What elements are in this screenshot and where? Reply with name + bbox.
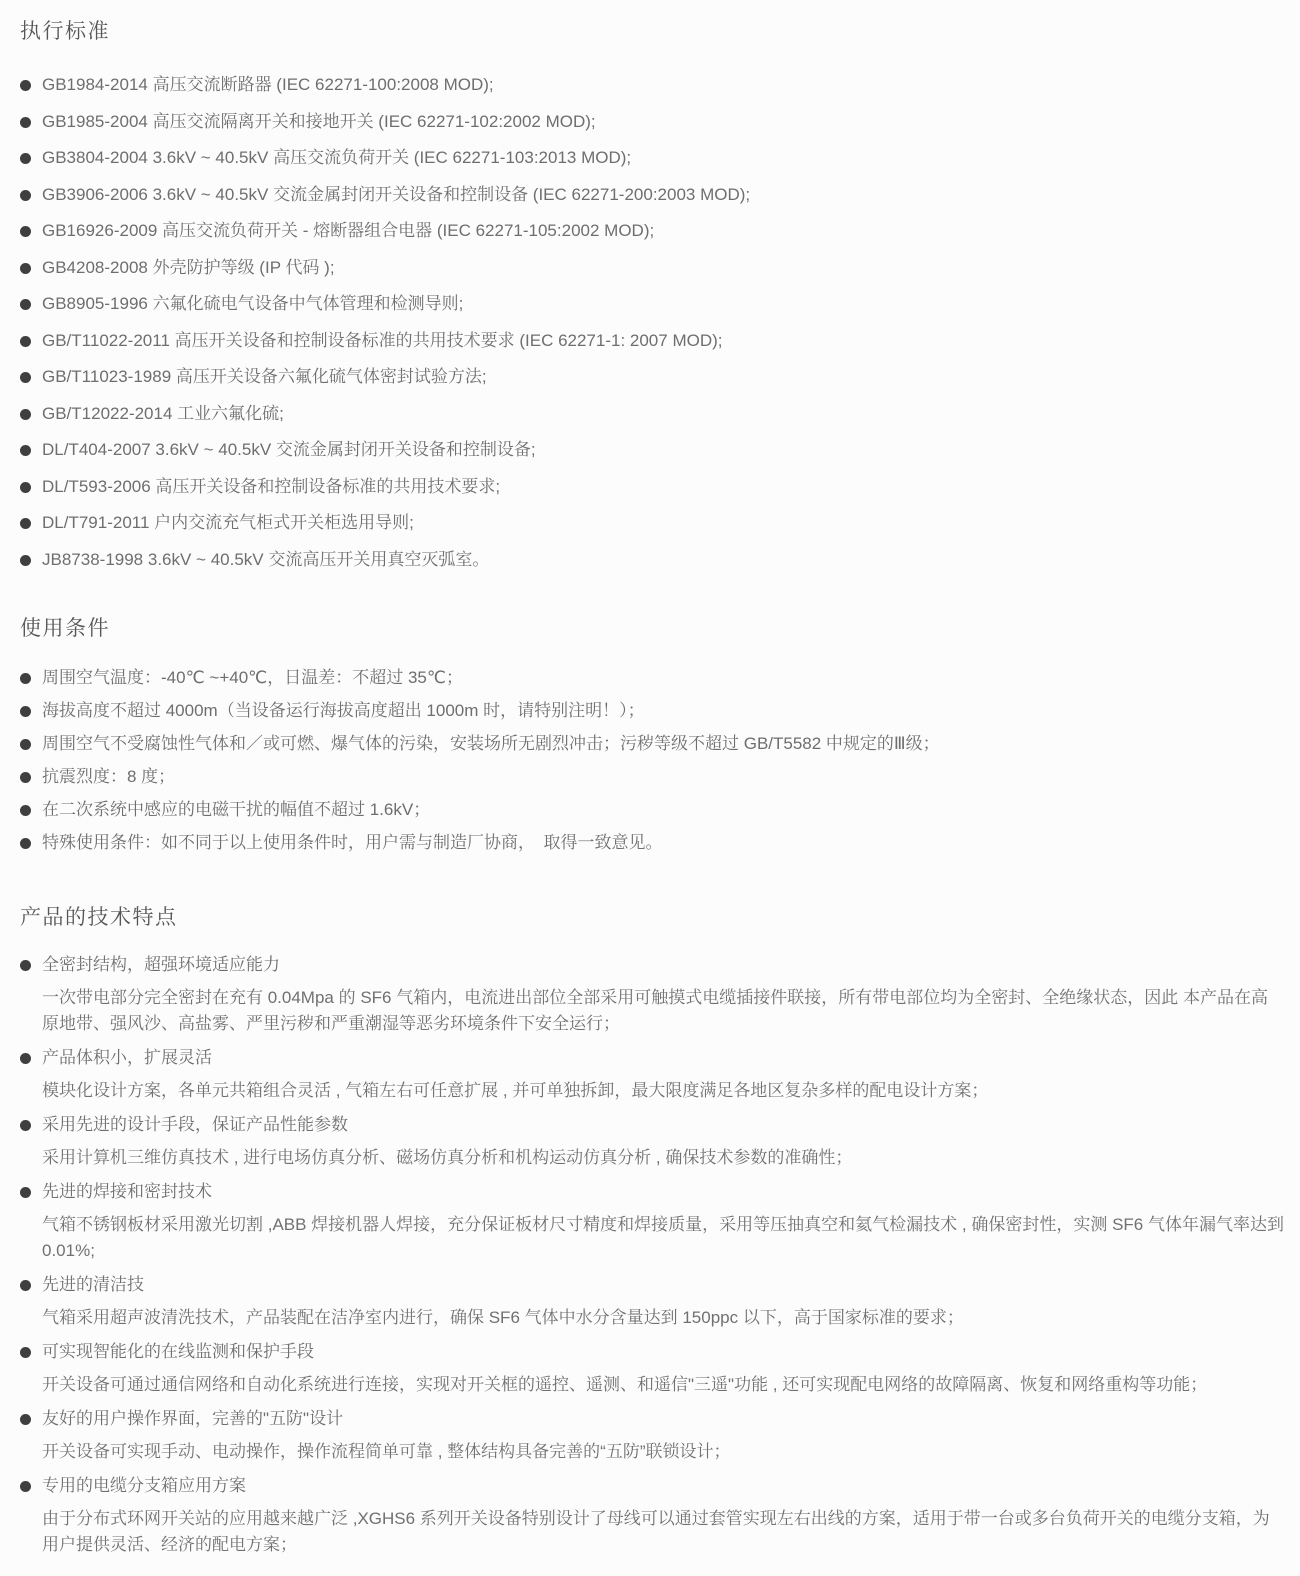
- feature-body: 开关设备可实现手动、电动操作，操作流程简单可靠 , 整体结构具备完善的“五防”联…: [42, 1439, 1284, 1465]
- feature-item: 专用的电缆分支箱应用方案 由于分布式环网开关站的应用越来越广泛 ,XGHS6 系…: [20, 1475, 1284, 1558]
- standards-heading: 执行标准: [20, 20, 1284, 44]
- bullet-icon: [20, 706, 31, 717]
- feature-body: 采用计算机三维仿真技术 , 进行电场仿真分析、磁场仿真分析和机构运动仿真分析 ,…: [42, 1145, 1284, 1171]
- bullet-icon: [20, 960, 31, 971]
- bullet-icon: [20, 1280, 31, 1291]
- standard-text: GB1984-2014 高压交流断路器 (IEC 62271-100:2008 …: [42, 74, 494, 96]
- condition-text: 抗震烈度：8 度；: [42, 766, 175, 788]
- bullet-icon: [20, 190, 31, 201]
- bullet-icon: [20, 518, 31, 529]
- standard-text: JB8738-1998 3.6kV ~ 40.5kV 交流高压开关用真空灭弧室。: [42, 549, 489, 571]
- feature-title: 专用的电缆分支箱应用方案: [20, 1475, 1284, 1497]
- bullet-icon: [20, 299, 31, 310]
- standard-text: GB/T12022-2014 工业六氟化硫;: [42, 403, 284, 425]
- bullet-icon: [20, 1481, 31, 1492]
- bullet-icon: [20, 482, 31, 493]
- bullet-icon: [20, 805, 31, 816]
- bullet-icon: [20, 772, 31, 783]
- feature-body: 一次带电部分完全密封在充有 0.04Mpa 的 SF6 气箱内，电流进出部位全部…: [42, 985, 1284, 1037]
- standard-text: GB8905-1996 六氟化硫电气设备中气体管理和检测导则;: [42, 293, 463, 315]
- standard-text: GB16926-2009 高压交流负荷开关 - 熔断器组合电器 (IEC 622…: [42, 220, 654, 242]
- bullet-icon: [20, 409, 31, 420]
- bullet-icon: [20, 80, 31, 91]
- bullet-icon: [20, 1187, 31, 1198]
- feature-item: 先进的清洁技 气箱采用超声波清洗技术，产品装配在洁净室内进行，确保 SF6 气体…: [20, 1274, 1284, 1331]
- bullet-icon: [20, 838, 31, 849]
- feature-title-text: 友好的用户操作界面，完善的"五防"设计: [42, 1408, 343, 1430]
- condition-text: 特殊使用条件：如不同于以上使用条件时，用户需与制造厂协商， 取得一致意见。: [42, 832, 663, 854]
- standard-item: GB4208-2008 外壳防护等级 (IP 代码 );: [20, 257, 1284, 279]
- bullet-icon: [20, 1414, 31, 1425]
- features-heading: 产品的技术特点: [20, 906, 1284, 930]
- standard-text: GB/T11022-2011 高压开关设备和控制设备标准的共用技术要求 (IEC…: [42, 330, 723, 352]
- bullet-icon: [20, 555, 31, 566]
- bullet-icon: [20, 739, 31, 750]
- feature-title: 可实现智能化的在线监测和保护手段: [20, 1341, 1284, 1363]
- condition-item: 周围空气不受腐蚀性气体和／或可燃、爆气体的污染，安装场所无剧烈冲击；污秽等级不超…: [20, 733, 1284, 755]
- standard-text: GB1985-2004 高压交流隔离开关和接地开关 (IEC 62271-102…: [42, 111, 596, 133]
- condition-text: 在二次系统中感应的电磁干扰的幅值不超过 1.6kV；: [42, 799, 430, 821]
- feature-title-text: 采用先进的设计手段，保证产品性能参数: [42, 1114, 348, 1136]
- bullet-icon: [20, 263, 31, 274]
- feature-item: 产品体积小，扩展灵活 模块化设计方案，各单元共箱组合灵活 , 气箱左右可任意扩展…: [20, 1047, 1284, 1104]
- condition-item: 抗震烈度：8 度；: [20, 766, 1284, 788]
- standard-text: DL/T791-2011 户内交流充气柜式开关柜选用导则;: [42, 512, 414, 534]
- conditions-list: 周围空气温度：-40℃ ~+40℃，日温差：不超过 35℃； 海拔高度不超过 4…: [20, 667, 1284, 854]
- standard-item: JB8738-1998 3.6kV ~ 40.5kV 交流高压开关用真空灭弧室。: [20, 549, 1284, 571]
- section-conditions: 使用条件 周围空气温度：-40℃ ~+40℃，日温差：不超过 35℃； 海拔高度…: [20, 617, 1284, 854]
- feature-title: 先进的清洁技: [20, 1274, 1284, 1296]
- bullet-icon: [20, 117, 31, 128]
- feature-body: 开关设备可通过通信网络和自动化系统进行连接，实现对开关框的遥控、遥测、和遥信"三…: [42, 1372, 1284, 1398]
- condition-text: 周围空气不受腐蚀性气体和／或可燃、爆气体的污染，安装场所无剧烈冲击；污秽等级不超…: [42, 733, 940, 755]
- bullet-icon: [20, 372, 31, 383]
- document-page: 执行标准 GB1984-2014 高压交流断路器 (IEC 62271-100:…: [0, 0, 1300, 1558]
- feature-item: 友好的用户操作界面，完善的"五防"设计 开关设备可实现手动、电动操作，操作流程简…: [20, 1408, 1284, 1465]
- bullet-icon: [20, 1120, 31, 1131]
- feature-item: 全密封结构，超强环境适应能力 一次带电部分完全密封在充有 0.04Mpa 的 S…: [20, 954, 1284, 1037]
- feature-item: 先进的焊接和密封技术 气箱不锈钢板材采用激光切割 ,ABB 焊接机器人焊接，充分…: [20, 1181, 1284, 1264]
- condition-item: 周围空气温度：-40℃ ~+40℃，日温差：不超过 35℃；: [20, 667, 1284, 689]
- feature-title-text: 全密封结构，超强环境适应能力: [42, 954, 280, 976]
- feature-body: 气箱不锈钢板材采用激光切割 ,ABB 焊接机器人焊接，充分保证板材尺寸精度和焊接…: [42, 1212, 1284, 1264]
- condition-item: 海拔高度不超过 4000m（当设备运行海拔高度超出 1000m 时，请特别注明！…: [20, 700, 1284, 722]
- bullet-icon: [20, 226, 31, 237]
- standard-text: DL/T404-2007 3.6kV ~ 40.5kV 交流金属封闭开关设备和控…: [42, 439, 536, 461]
- feature-body: 模块化设计方案，各单元共箱组合灵活 , 气箱左右可任意扩展 , 并可单独拆卸，最…: [42, 1078, 1284, 1104]
- standard-text: GB/T11023-1989 高压开关设备六氟化硫气体密封试验方法;: [42, 366, 487, 388]
- feature-title-text: 先进的焊接和密封技术: [42, 1181, 212, 1203]
- feature-body: 由于分布式环网开关站的应用越来越广泛 ,XGHS6 系列开关设备特别设计了母线可…: [42, 1506, 1284, 1558]
- bullet-icon: [20, 1053, 31, 1064]
- section-features: 产品的技术特点 全密封结构，超强环境适应能力 一次带电部分完全密封在充有 0.0…: [20, 906, 1284, 1558]
- standard-text: GB4208-2008 外壳防护等级 (IP 代码 );: [42, 257, 335, 279]
- condition-item: 在二次系统中感应的电磁干扰的幅值不超过 1.6kV；: [20, 799, 1284, 821]
- standard-item: GB/T12022-2014 工业六氟化硫;: [20, 403, 1284, 425]
- bullet-icon: [20, 336, 31, 347]
- standards-list: GB1984-2014 高压交流断路器 (IEC 62271-100:2008 …: [20, 74, 1284, 571]
- feature-item: 可实现智能化的在线监测和保护手段 开关设备可通过通信网络和自动化系统进行连接，实…: [20, 1341, 1284, 1398]
- standard-item: DL/T593-2006 高压开关设备和控制设备标准的共用技术要求;: [20, 476, 1284, 498]
- feature-title-text: 专用的电缆分支箱应用方案: [42, 1475, 246, 1497]
- feature-title-text: 可实现智能化的在线监测和保护手段: [42, 1341, 314, 1363]
- bullet-icon: [20, 1347, 31, 1358]
- feature-title-text: 先进的清洁技: [42, 1274, 144, 1296]
- feature-title: 产品体积小，扩展灵活: [20, 1047, 1284, 1069]
- standard-text: GB3906-2006 3.6kV ~ 40.5kV 交流金属封闭开关设备和控制…: [42, 184, 750, 206]
- bullet-icon: [20, 153, 31, 164]
- standard-item: GB/T11023-1989 高压开关设备六氟化硫气体密封试验方法;: [20, 366, 1284, 388]
- standard-text: DL/T593-2006 高压开关设备和控制设备标准的共用技术要求;: [42, 476, 500, 498]
- feature-title: 全密封结构，超强环境适应能力: [20, 954, 1284, 976]
- condition-item: 特殊使用条件：如不同于以上使用条件时，用户需与制造厂协商， 取得一致意见。: [20, 832, 1284, 854]
- feature-title-text: 产品体积小，扩展灵活: [42, 1047, 212, 1069]
- bullet-icon: [20, 445, 31, 456]
- standard-item: GB8905-1996 六氟化硫电气设备中气体管理和检测导则;: [20, 293, 1284, 315]
- standard-item: GB16926-2009 高压交流负荷开关 - 熔断器组合电器 (IEC 622…: [20, 220, 1284, 242]
- standard-item: DL/T791-2011 户内交流充气柜式开关柜选用导则;: [20, 512, 1284, 534]
- feature-title: 友好的用户操作界面，完善的"五防"设计: [20, 1408, 1284, 1430]
- bullet-icon: [20, 673, 31, 684]
- standard-item: GB1984-2014 高压交流断路器 (IEC 62271-100:2008 …: [20, 74, 1284, 96]
- standard-text: GB3804-2004 3.6kV ~ 40.5kV 高压交流负荷开关 (IEC…: [42, 147, 631, 169]
- condition-text: 周围空气温度：-40℃ ~+40℃，日温差：不超过 35℃；: [42, 667, 463, 689]
- standard-item: GB3804-2004 3.6kV ~ 40.5kV 高压交流负荷开关 (IEC…: [20, 147, 1284, 169]
- feature-body: 气箱采用超声波清洗技术，产品装配在洁净室内进行，确保 SF6 气体中水分含量达到…: [42, 1305, 1284, 1331]
- feature-title: 先进的焊接和密封技术: [20, 1181, 1284, 1203]
- condition-text: 海拔高度不超过 4000m（当设备运行海拔高度超出 1000m 时，请特别注明！…: [42, 700, 645, 722]
- standard-item: GB3906-2006 3.6kV ~ 40.5kV 交流金属封闭开关设备和控制…: [20, 184, 1284, 206]
- feature-title: 采用先进的设计手段，保证产品性能参数: [20, 1114, 1284, 1136]
- standard-item: GB1985-2004 高压交流隔离开关和接地开关 (IEC 62271-102…: [20, 111, 1284, 133]
- conditions-heading: 使用条件: [20, 617, 1284, 641]
- section-standards: 执行标准 GB1984-2014 高压交流断路器 (IEC 62271-100:…: [20, 20, 1284, 571]
- feature-item: 采用先进的设计手段，保证产品性能参数 采用计算机三维仿真技术 , 进行电场仿真分…: [20, 1114, 1284, 1171]
- standard-item: DL/T404-2007 3.6kV ~ 40.5kV 交流金属封闭开关设备和控…: [20, 439, 1284, 461]
- standard-item: GB/T11022-2011 高压开关设备和控制设备标准的共用技术要求 (IEC…: [20, 330, 1284, 352]
